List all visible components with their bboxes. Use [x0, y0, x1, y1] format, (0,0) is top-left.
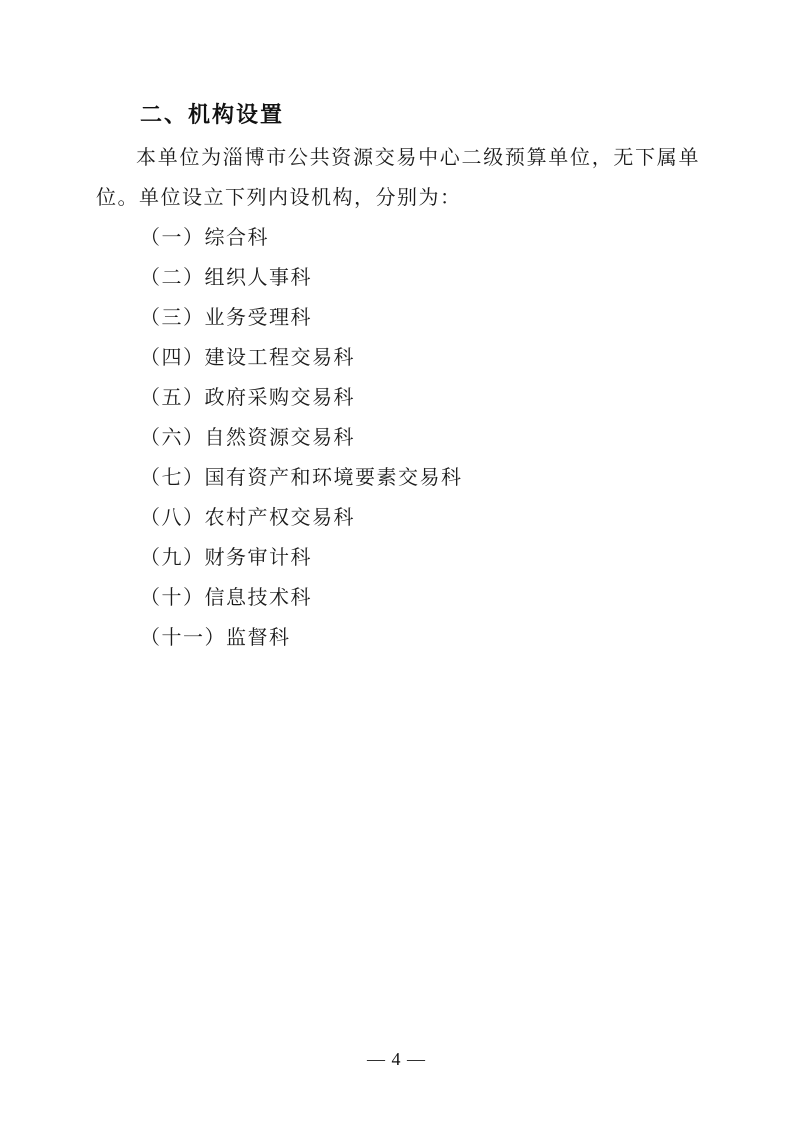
list-item: （七）国有资产和环境要素交易科 [96, 458, 700, 498]
list-item: （八）农村产权交易科 [96, 498, 700, 538]
list-item: （五）政府采购交易科 [96, 378, 700, 418]
list-item: （二）组织人事科 [96, 258, 700, 298]
list-item: （一）综合科 [96, 218, 700, 258]
list-item: （三）业务受理科 [96, 298, 700, 338]
list-item: （九）财务审计科 [96, 538, 700, 578]
page-number: — 4 — [0, 1048, 793, 1070]
intro-paragraph: 本单位为淄博市公共资源交易中心二级预算单位，无下属单位。单位设立下列内设机构，分… [96, 138, 700, 218]
list-item: （十一）监督科 [96, 618, 700, 658]
section-heading: 二、机构设置 [96, 100, 700, 130]
list-item: （六）自然资源交易科 [96, 418, 700, 458]
list-item: （四）建设工程交易科 [96, 338, 700, 378]
document-content: 二、机构设置 本单位为淄博市公共资源交易中心二级预算单位，无下属单位。单位设立下… [96, 0, 700, 658]
list-item: （十）信息技术科 [96, 578, 700, 618]
org-unit-list: （一）综合科 （二）组织人事科 （三）业务受理科 （四）建设工程交易科 （五）政… [96, 218, 700, 658]
document-page: 二、机构设置 本单位为淄博市公共资源交易中心二级预算单位，无下属单位。单位设立下… [0, 0, 793, 1122]
